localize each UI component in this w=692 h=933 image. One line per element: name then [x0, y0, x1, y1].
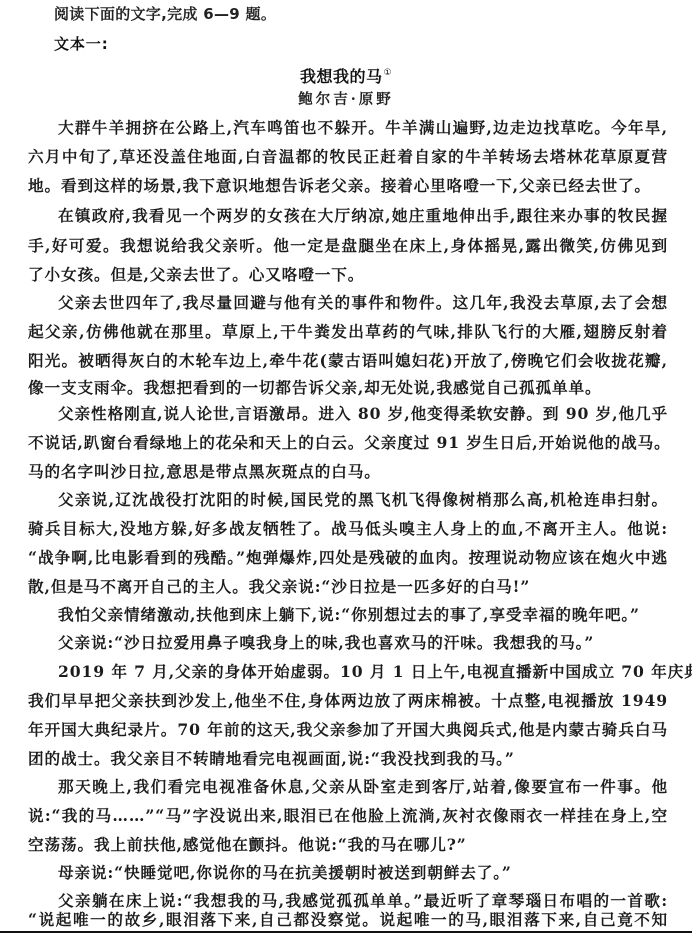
- body-line: 母亲说:“快睡觉吧,你说你的马在抗美援朝时被送到朝鲜去了。”: [58, 863, 668, 883]
- body-line: “说起唯一的故乡,眼泪落下来,自己都没察觉。说起唯一的马,眼泪落下来,自己竟不知: [28, 910, 668, 930]
- body-line: 阳光。被晒得灰白的木轮车边上,牵牛花(蒙古语叫媳妇花)开放了,傍晚它们会收拢花瓣…: [28, 351, 668, 371]
- body-line: 那天晚上,我们看完电视准备休息,父亲从卧室走到客厅,站着,像要宣布一件事。他: [58, 777, 668, 797]
- article-title: 我想我的马①: [0, 63, 692, 87]
- body-line: 手,好可爱。我想说给我父亲听。他一定是盘腿坐在床上,身体摇晃,露出微笑,仿佛见到: [28, 236, 668, 256]
- body-line: 说:“我的马……”“马”字没说出来,眼泪已在他脸上流淌,灰衬衣像雨衣一样挂在身上…: [28, 806, 668, 826]
- reading-instruction: 阅读下面的文字,完成 6—9 题。: [54, 4, 276, 24]
- body-line: “战争啊,比电影看到的残酷。”炮弹爆炸,四处是残破的血肉。按理说动物应该在炮火中…: [28, 548, 668, 568]
- body-line: 散,但是马不离开自己的主人。我父亲说:“沙日拉是一匹多好的白马!”: [28, 577, 668, 597]
- body-line: 像一支支雨伞。我想把看到的一切都告诉父亲,却无处说,我感觉自己孤孤单单。: [28, 378, 668, 398]
- body-line: 父亲躺在床上说:“我想我的马,我感觉孤孤单单。”最近听了章琴瑙日布唱的一首歌:: [58, 891, 668, 911]
- body-line: 不说话,趴窗台看绿地上的花朵和天上的白云。父亲度过 91 岁生日后,开始说他的战…: [28, 433, 668, 453]
- body-line: 起父亲,仿佛他就在那里。草原上,干牛粪发出草药的气味,排队飞行的大雁,翅膀反射着: [28, 322, 668, 342]
- body-line: 2019 年 7 月,父亲的身体开始虚弱。10 月 1 日上午,电视直播新中国成…: [58, 662, 668, 682]
- body-line: 年开国大典纪录片。70 年前的这天,我父亲参加了开国大典阅兵式,他是内蒙古骑兵白…: [28, 720, 668, 740]
- footnote-marker: ①: [383, 68, 392, 78]
- document-page: 阅读下面的文字,完成 6—9 题。 文本一: 我想我的马① 鲍尔吉·原野 大群牛…: [0, 0, 692, 931]
- body-line: 父亲性格刚直,说人论世,言语激昂。进入 80 岁,他变得柔软安静。到 90 岁,…: [58, 404, 668, 424]
- article-title-text: 我想我的马: [300, 67, 383, 86]
- body-line: 我怕父亲情绪激动,扶他到床上躺下,说:“你别想过去的事了,享受幸福的晚年吧。”: [58, 605, 668, 625]
- section-label: 文本一:: [54, 34, 109, 54]
- body-line: 团的战士。我父亲目不转睛地看完电视画面,说:“我没找到我的马。”: [28, 749, 668, 769]
- body-line: 父亲说:“沙日拉爱用鼻子嗅我身上的味,我也喜欢马的汗味。我想我的马。”: [58, 633, 668, 653]
- body-line: 马的名字叫沙日拉,意思是带点黑灰斑点的白马。: [28, 462, 668, 482]
- body-line: 大群牛羊拥挤在公路上,汽车鸣笛也不躲开。牛羊满山遍野,边走边找草吃。今年旱,: [58, 118, 668, 138]
- body-line: 骑兵目标大,没地方躲,好多战友牺牲了。战马低头嗅主人身上的血,不离开主人。他说:: [28, 519, 668, 539]
- article-author: 鲍尔吉·原野: [0, 90, 692, 110]
- body-line: 了小女孩。但是,父亲去世了。心又咯噔一下。: [28, 265, 668, 285]
- body-line: 父亲说,辽沈战役打沈阳的时候,国民党的黑飞机飞得像树梢那么高,机枪连串扫射。: [58, 490, 668, 510]
- body-line: 父亲去世四年了,我尽量回避与他有关的事件和物件。这几年,我没去草原,去了会想: [58, 293, 668, 313]
- body-line: 六月中旬了,草还没盖住地面,白音温都的牧民正赶着自家的牛羊转场去塔林花草原夏营: [28, 147, 668, 167]
- body-line: 在镇政府,我看见一个两岁的女孩在大厅纳凉,她庄重地伸出手,跟往来办事的牧民握: [58, 206, 668, 226]
- body-line: 空荡荡。我上前扶他,感觉他在颤抖。他说:“我的马在哪儿?”: [28, 835, 668, 855]
- body-line: 地。看到这样的场景,我下意识地想告诉老父亲。接着心里咯噔一下,父亲已经去世了。: [28, 176, 668, 196]
- body-line: 我们早早把父亲扶到沙发上,他坐不住,身体两边放了两床棉被。十点整,电视播放 19…: [28, 691, 668, 711]
